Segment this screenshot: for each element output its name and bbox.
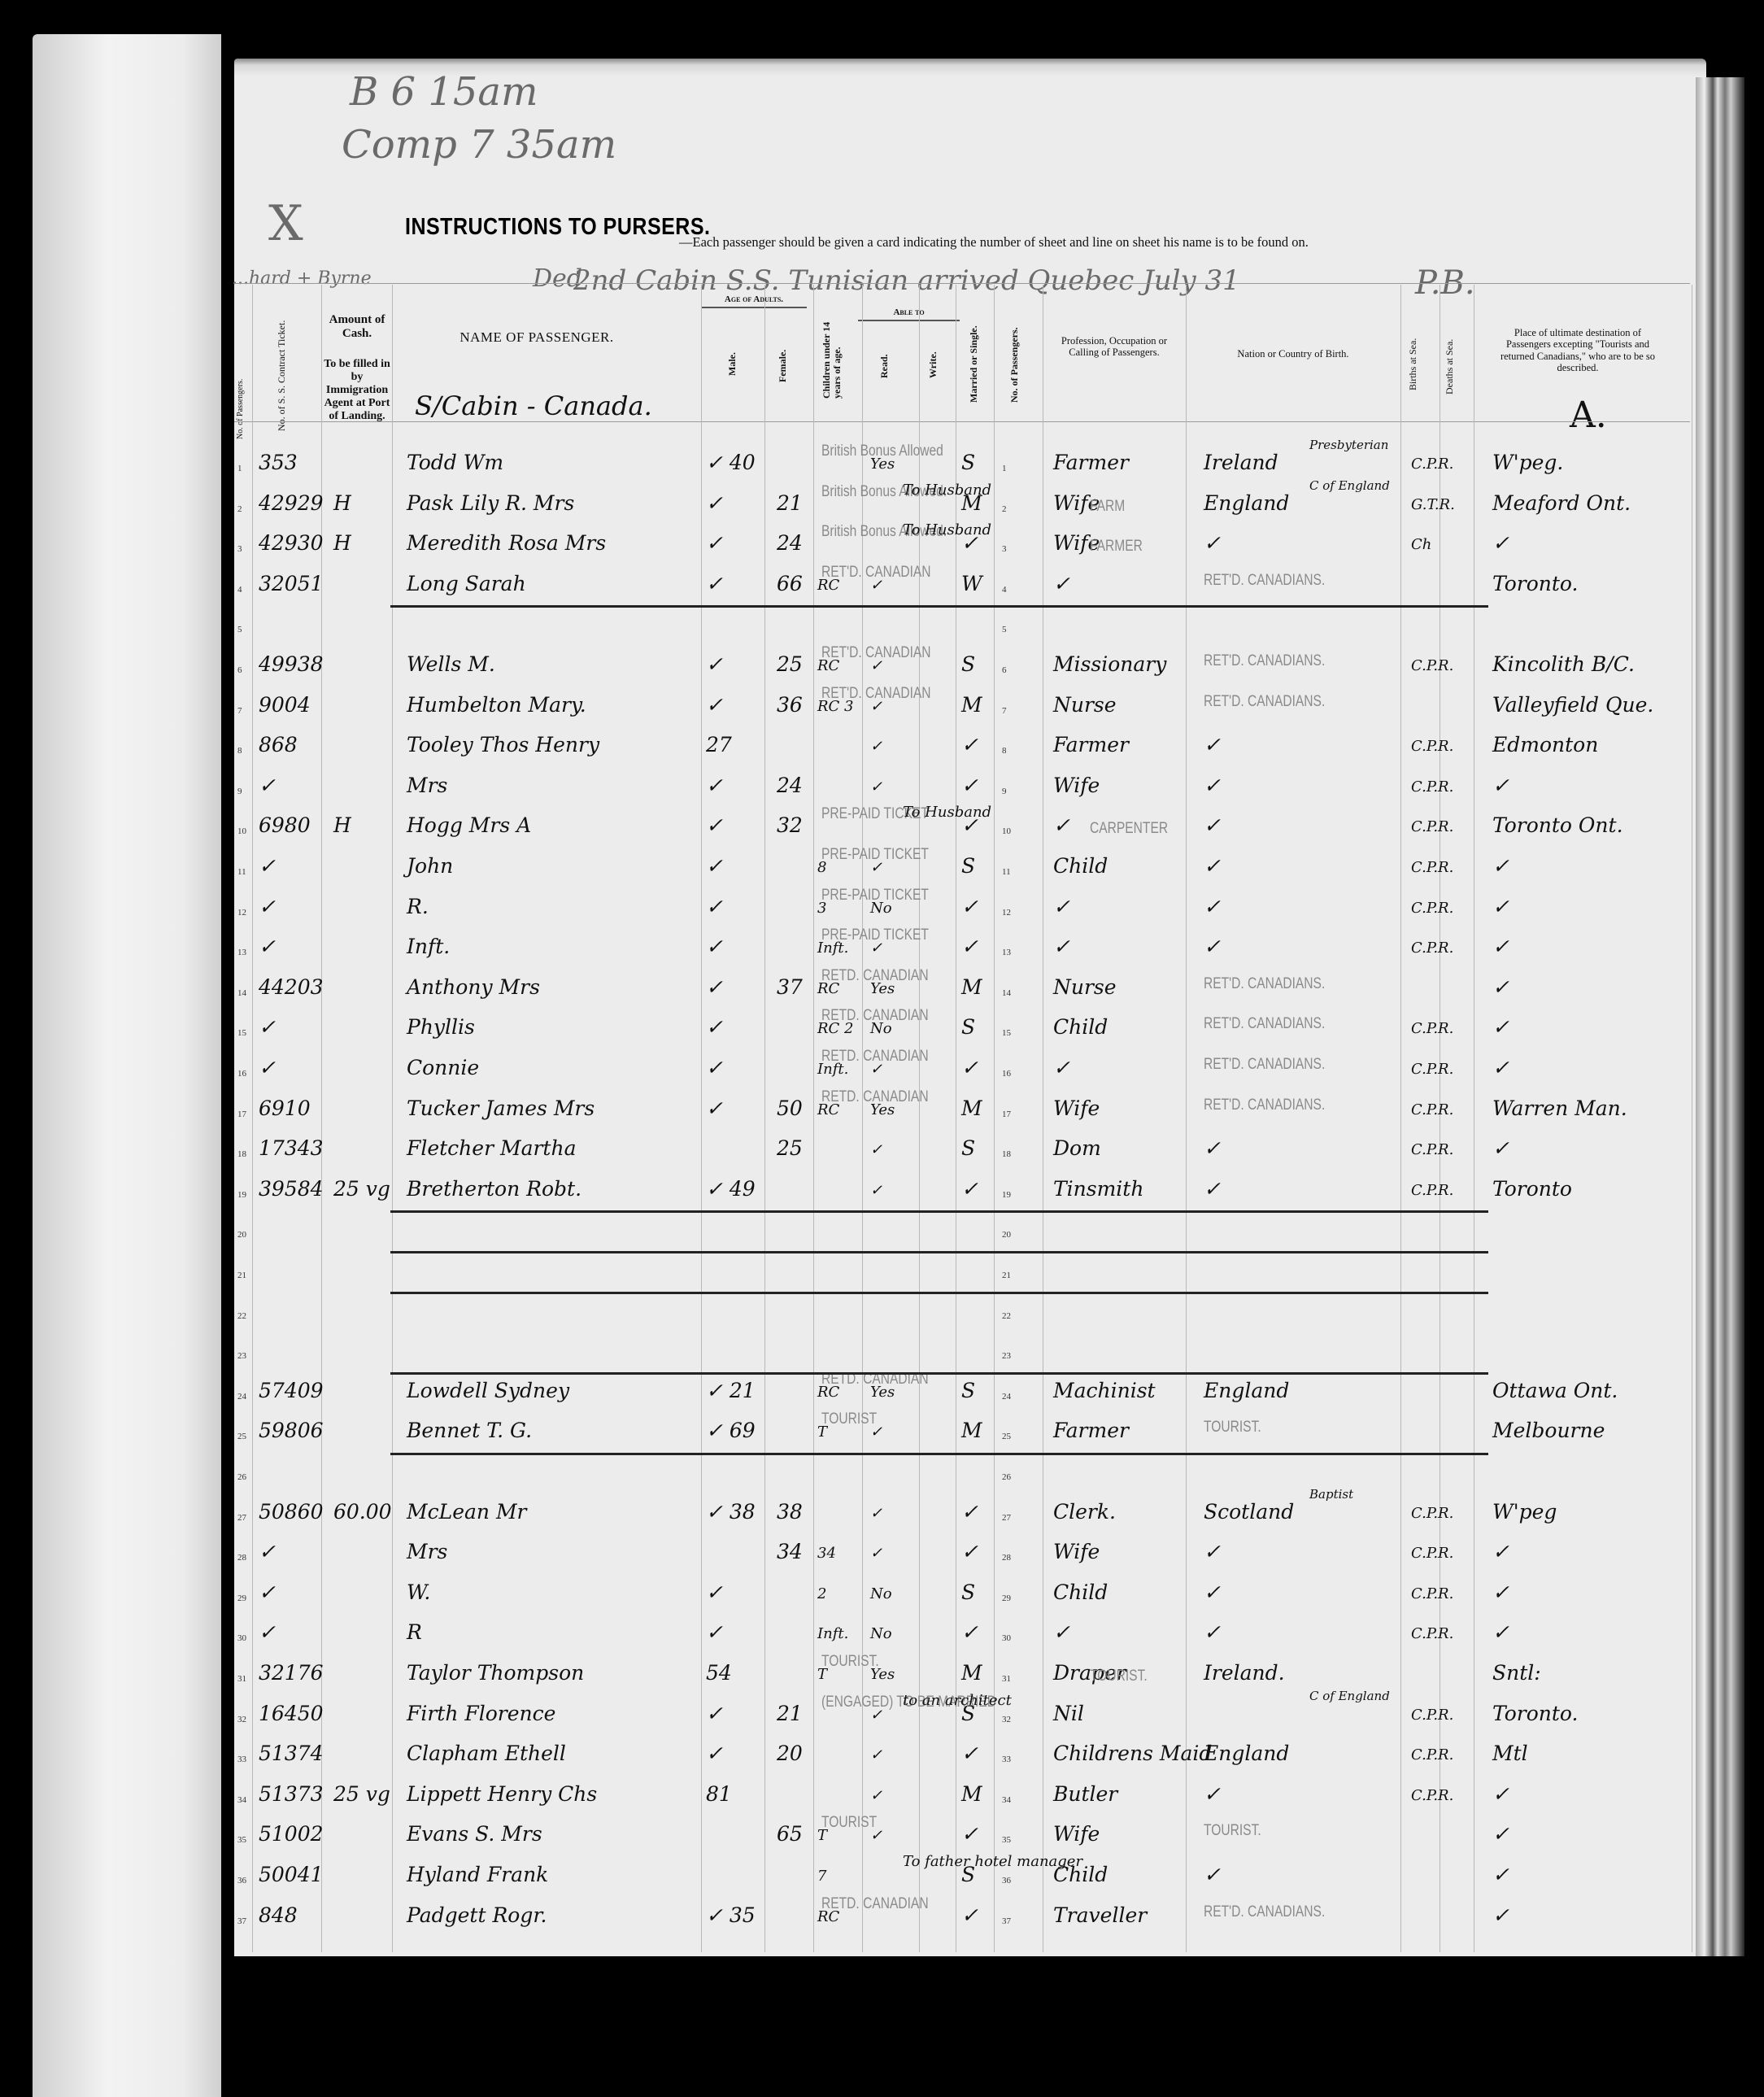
cell-read: ✓ bbox=[870, 1545, 882, 1562]
cell-married: ✓ bbox=[961, 1742, 978, 1765]
line-number: 22 bbox=[237, 1311, 246, 1321]
line-number: 32 bbox=[1002, 1715, 1011, 1724]
header-nation: Nation or Country of Birth. bbox=[1196, 348, 1391, 360]
stamp-overlay: PRE-PAID TICKET bbox=[821, 887, 929, 905]
cell-nation: RET'D. CANADIANS. bbox=[1204, 572, 1325, 590]
line-number: 16 bbox=[1002, 1069, 1011, 1079]
line-number: 32 bbox=[237, 1715, 246, 1724]
relationship-note: To Husband bbox=[903, 482, 991, 499]
cell-name: Clapham Ethell bbox=[407, 1742, 566, 1765]
cell-nation: England bbox=[1204, 1742, 1289, 1765]
cell-destination: Sntl: bbox=[1492, 1661, 1541, 1685]
line-number: 1 bbox=[1002, 464, 1007, 473]
cell-ticket: 42930 bbox=[259, 531, 324, 555]
cell-name: Pask Lily R. Mrs bbox=[407, 491, 574, 515]
voyage-note: 2nd Cabin S.S. Tunisian arrived Quebec J… bbox=[573, 264, 1240, 297]
cell-rail: C.P.R. bbox=[1411, 1020, 1453, 1037]
cell-married: M bbox=[961, 1096, 982, 1120]
cell-male: ✓ 35 bbox=[706, 1903, 756, 1927]
cell-destination: W'peg. bbox=[1492, 451, 1563, 474]
table-row: 10106980HHogg Mrs A✓32✓✓✓C.P.R.Toronto O… bbox=[0, 809, 1764, 848]
cell-rail: C.P.R. bbox=[1411, 900, 1453, 917]
line-number: 2 bbox=[1002, 504, 1007, 514]
table-row: 2929✓W.✓2NoSChild✓C.P.R.✓ bbox=[0, 1576, 1764, 1615]
table-row: 19193958425 vgBretherton Robt.✓ 49✓✓Tins… bbox=[0, 1172, 1764, 1212]
cell-nation: ✓ bbox=[1204, 895, 1221, 918]
table-row: 34345137325 vgLippett Henry Chs81✓MButle… bbox=[0, 1777, 1764, 1817]
cell-name: Hyland Frank bbox=[407, 1863, 548, 1886]
cell-ticket: 50041 bbox=[259, 1863, 324, 1886]
line-number: 28 bbox=[237, 1553, 246, 1563]
table-row: 88868Tooley Thos Henry27✓✓Farmer✓C.P.R.E… bbox=[0, 728, 1764, 768]
cell-nation: RET'D. CANADIANS. bbox=[1204, 1056, 1325, 1074]
line-number: 21 bbox=[1002, 1271, 1011, 1280]
cell-rail: C.P.R. bbox=[1411, 1625, 1453, 1642]
cell-children: Inft. bbox=[817, 1625, 848, 1642]
table-row: 1212✓R.✓3No✓✓✓C.P.R.✓PRE-PAID TICKET bbox=[0, 890, 1764, 930]
line-number: 16 bbox=[237, 1069, 246, 1079]
header-deaths: Deaths at Sea. bbox=[1444, 339, 1456, 395]
cell-destination: Toronto Ont. bbox=[1492, 813, 1623, 837]
cell-married: ✓ bbox=[961, 935, 978, 958]
table-row: 27275086060.00McLean Mr✓ 3838✓✓Clerk.Sco… bbox=[0, 1495, 1764, 1535]
cell-male: ✓ bbox=[706, 491, 723, 515]
cell-male: ✓ bbox=[706, 774, 723, 797]
cell-ticket: 16450 bbox=[259, 1702, 324, 1725]
table-row: 11353Todd Wm✓ 40YesSFarmerIrelandC.P.R.W… bbox=[0, 446, 1764, 486]
stamp-overlay-2: CARPENTER bbox=[1090, 820, 1168, 838]
table-row: 99✓Mrs✓24✓✓Wife✓C.P.R.✓ bbox=[0, 769, 1764, 809]
cell-ticket: ✓ bbox=[259, 935, 276, 958]
line-number: 27 bbox=[1002, 1513, 1011, 1523]
instructions-title: INSTRUCTIONS TO PURSERS. bbox=[405, 214, 710, 241]
cell-profession: Dom bbox=[1053, 1136, 1101, 1160]
line-number: 33 bbox=[237, 1755, 246, 1764]
cell-cash: H bbox=[333, 531, 351, 555]
cell-married: ✓ bbox=[961, 733, 978, 756]
line-number: 23 bbox=[237, 1351, 246, 1361]
cell-cash: H bbox=[333, 491, 351, 515]
cell-male: ✓ 21 bbox=[706, 1379, 756, 1402]
cell-nation: ✓ bbox=[1204, 1540, 1221, 1563]
stamp-overlay: PRE-PAID TICKET bbox=[821, 846, 929, 864]
cell-destination: ✓ bbox=[1492, 531, 1509, 555]
line-number: 36 bbox=[237, 1876, 246, 1886]
cell-name: Hogg Mrs A bbox=[407, 813, 531, 837]
cell-profession: ✓ bbox=[1053, 572, 1070, 595]
line-number: 10 bbox=[237, 826, 246, 836]
stamp-overlay: RETD. CANADIAN bbox=[821, 1048, 929, 1066]
line-number: 14 bbox=[1002, 988, 1011, 998]
line-number: 2 bbox=[237, 504, 242, 514]
cell-name: W. bbox=[407, 1580, 430, 1604]
line-number: 20 bbox=[237, 1230, 246, 1240]
cell-nation: England bbox=[1204, 491, 1289, 515]
cell-profession: Wife bbox=[1053, 1540, 1100, 1563]
line-number: 7 bbox=[237, 706, 242, 716]
cell-destination: Toronto. bbox=[1492, 1702, 1579, 1725]
line-number: 9 bbox=[237, 787, 242, 796]
stamp-overlay: RETD. CANADIAN bbox=[821, 1895, 929, 1913]
cell-destination: ✓ bbox=[1492, 1540, 1509, 1563]
cell-rail: C.P.R. bbox=[1411, 456, 1453, 473]
line-number: 3 bbox=[237, 544, 242, 554]
table-row-blank: 2020 bbox=[0, 1212, 1764, 1252]
cell-rail: C.P.R. bbox=[1411, 657, 1453, 674]
cell-destination: ✓ bbox=[1492, 895, 1509, 918]
cell-name: Lippett Henry Chs bbox=[407, 1782, 597, 1806]
cell-destination: Meaford Ont. bbox=[1492, 491, 1631, 515]
cell-read: ✓ bbox=[870, 778, 882, 796]
cell-name: Evans S. Mrs bbox=[407, 1822, 542, 1846]
line-number: 4 bbox=[1002, 585, 1007, 595]
table-row: 4432051Long Sarah✓66RC✓W✓RET'D. CANADIAN… bbox=[0, 567, 1764, 607]
table-row: 353551002Evans S. Mrs65T✓✓WifeTOURIST.✓T… bbox=[0, 1817, 1764, 1857]
cell-married: S bbox=[961, 854, 975, 878]
cell-profession: Child bbox=[1053, 854, 1108, 878]
cell-male: ✓ bbox=[706, 813, 723, 837]
cell-male: 81 bbox=[706, 1782, 732, 1806]
cell-ticket: 44203 bbox=[259, 975, 324, 999]
stamp-overlay-2: FARMER bbox=[1090, 538, 1143, 556]
cell-destination: ✓ bbox=[1492, 854, 1509, 878]
cell-name: Humbelton Mary. bbox=[407, 693, 586, 717]
cell-rail: C.P.R. bbox=[1411, 818, 1453, 835]
cell-nation: ✓ bbox=[1204, 854, 1221, 878]
table-row: 363650041Hyland Frank7SChild✓✓To father … bbox=[0, 1858, 1764, 1898]
religion-note: Baptist bbox=[1309, 1487, 1353, 1502]
cell-rail: C.P.R. bbox=[1411, 1746, 1453, 1763]
line-number: 17 bbox=[1002, 1110, 1011, 1119]
cell-female: 25 bbox=[777, 652, 803, 676]
cell-nation: ✓ bbox=[1204, 1580, 1221, 1604]
cell-female: 38 bbox=[777, 1500, 803, 1524]
cell-nation: ✓ bbox=[1204, 1136, 1221, 1160]
header-female: Female. bbox=[777, 350, 789, 382]
line-number: 28 bbox=[1002, 1553, 1011, 1563]
cell-read: ✓ bbox=[870, 1141, 882, 1158]
cell-ticket: ✓ bbox=[259, 1015, 276, 1039]
cell-profession: Tinsmith bbox=[1053, 1177, 1143, 1201]
cell-nation: TOURIST. bbox=[1204, 1419, 1261, 1437]
cell-profession: ✓ bbox=[1053, 1620, 1070, 1644]
cell-destination: ✓ bbox=[1492, 1136, 1509, 1160]
cell-destination: Warren Man. bbox=[1492, 1096, 1627, 1120]
line-number: 29 bbox=[1002, 1593, 1011, 1603]
cell-rail: C.P.R. bbox=[1411, 940, 1453, 957]
cell-destination: ✓ bbox=[1492, 1782, 1509, 1806]
instructions-text: —Each passenger should be given a card i… bbox=[679, 234, 1309, 251]
line-number: 24 bbox=[1002, 1392, 1011, 1402]
line-number: 7 bbox=[1002, 706, 1007, 716]
cell-rail: C.P.R. bbox=[1411, 1061, 1453, 1078]
cell-nation: ✓ bbox=[1204, 1863, 1221, 1886]
cell-children: 2 bbox=[817, 1585, 826, 1602]
religion-note: C of England bbox=[1309, 478, 1390, 493]
cell-destination: Toronto bbox=[1492, 1177, 1572, 1201]
line-number: 15 bbox=[237, 1028, 246, 1038]
line-number: 6 bbox=[1002, 665, 1007, 675]
cell-rail: C.P.R. bbox=[1411, 778, 1453, 796]
cell-destination: Kincolith B/C. bbox=[1492, 652, 1635, 676]
cell-destination: Mtl bbox=[1492, 1742, 1528, 1765]
header-no-passengers: No. of Passengers. bbox=[236, 379, 245, 439]
cell-profession: Childrens Maid bbox=[1053, 1742, 1212, 1765]
cell-married: ✓ bbox=[961, 1822, 978, 1846]
cell-rail: C.P.R. bbox=[1411, 1707, 1453, 1724]
cell-nation: Scotland bbox=[1204, 1500, 1294, 1524]
cell-read: No bbox=[870, 1585, 892, 1602]
cell-nation: RET'D. CANADIANS. bbox=[1204, 1903, 1325, 1921]
line-number: 25 bbox=[237, 1432, 246, 1441]
religion-note: Presbyterian bbox=[1309, 438, 1388, 452]
line-number: 37 bbox=[1002, 1916, 1011, 1926]
header-write: Write. bbox=[927, 351, 939, 378]
header-married: Married or Single. bbox=[968, 325, 980, 403]
cell-female: 50 bbox=[777, 1096, 803, 1120]
line-number: 20 bbox=[1002, 1230, 1011, 1240]
line-number: 12 bbox=[237, 908, 246, 918]
stamp-overlay: RET'D. CANADIAN bbox=[821, 685, 931, 703]
cell-female: 24 bbox=[777, 531, 803, 555]
line-number: 15 bbox=[1002, 1028, 1011, 1038]
cell-destination: Ottawa Ont. bbox=[1492, 1379, 1618, 1402]
cell-female: 24 bbox=[777, 774, 803, 797]
cell-male: ✓ bbox=[706, 1742, 723, 1765]
cell-name: Anthony Mrs bbox=[407, 975, 540, 999]
cell-married: M bbox=[961, 1661, 982, 1685]
cell-married: S bbox=[961, 451, 975, 474]
line-number: 31 bbox=[1002, 1674, 1011, 1684]
cell-ticket: ✓ bbox=[259, 895, 276, 918]
line-number: 6 bbox=[237, 665, 242, 675]
cell-name: Meredith Rosa Mrs bbox=[407, 531, 606, 555]
table-row: 242457409Lowdell Sydney✓ 21RCYesSMachini… bbox=[0, 1374, 1764, 1414]
scan-border-bottom bbox=[234, 1956, 1764, 2097]
line-number: 17 bbox=[237, 1110, 246, 1119]
cell-married: ✓ bbox=[961, 1056, 978, 1079]
cell-read: ✓ bbox=[870, 1505, 882, 1522]
cell-rail: C.P.R. bbox=[1411, 1585, 1453, 1602]
cell-nation: ✓ bbox=[1204, 774, 1221, 797]
cell-profession: Traveller bbox=[1053, 1903, 1147, 1927]
cell-female: 20 bbox=[777, 1742, 803, 1765]
cell-male: ✓ bbox=[706, 1702, 723, 1725]
cell-destination: Toronto. bbox=[1492, 572, 1579, 595]
cell-male: ✓ 40 bbox=[706, 451, 756, 474]
cell-married: ✓ bbox=[961, 1500, 978, 1524]
line-number: 29 bbox=[237, 1593, 246, 1603]
cell-male: ✓ 69 bbox=[706, 1419, 756, 1442]
cell-female: 65 bbox=[777, 1822, 803, 1846]
cell-male: ✓ bbox=[706, 1096, 723, 1120]
line-number: 26 bbox=[237, 1472, 246, 1482]
cell-ticket: ✓ bbox=[259, 1580, 276, 1604]
table-row: 181817343Fletcher Martha25✓SDom✓C.P.R.✓ bbox=[0, 1131, 1764, 1171]
cell-ticket: 51373 bbox=[259, 1782, 324, 1806]
cell-read: No bbox=[870, 1625, 892, 1642]
cell-rail: C.P.R. bbox=[1411, 1101, 1453, 1118]
cell-profession: Nil bbox=[1053, 1702, 1084, 1725]
cell-male: ✓ 38 bbox=[706, 1500, 756, 1524]
cell-male: ✓ bbox=[706, 1056, 723, 1079]
header-destination: Place of ultimate destination of Passeng… bbox=[1496, 327, 1659, 374]
line-number: 14 bbox=[237, 988, 246, 998]
cell-profession: Nurse bbox=[1053, 693, 1117, 717]
cell-name: Bennet T. G. bbox=[407, 1419, 532, 1442]
cell-married: ✓ bbox=[961, 895, 978, 918]
cell-name: Taylor Thompson bbox=[407, 1661, 584, 1685]
cell-read: ✓ bbox=[870, 738, 882, 755]
cell-rail: C.P.R. bbox=[1411, 1787, 1453, 1804]
cell-female: 36 bbox=[777, 693, 803, 717]
cell-rail: C.P.R. bbox=[1411, 1545, 1453, 1562]
cell-nation: ✓ bbox=[1204, 1782, 1221, 1806]
cell-nation: RET'D. CANADIANS. bbox=[1204, 975, 1325, 993]
cell-nation: RET'D. CANADIANS. bbox=[1204, 1015, 1325, 1033]
cell-ticket: ✓ bbox=[259, 854, 276, 878]
cell-female: 25 bbox=[777, 1136, 803, 1160]
cell-name: Todd Wm bbox=[407, 451, 503, 474]
header-profession: Profession, Occupation or Calling of Pas… bbox=[1049, 335, 1179, 359]
cell-profession: Clerk. bbox=[1053, 1500, 1116, 1524]
cell-nation: TOURIST. bbox=[1204, 1822, 1261, 1840]
cell-male: ✓ bbox=[706, 652, 723, 676]
cell-name: Padgett Rogr. bbox=[407, 1903, 547, 1927]
table-row: 779004Humbelton Mary.✓36RC 3✓MNurseRET'D… bbox=[0, 688, 1764, 728]
cell-ticket: 57409 bbox=[259, 1379, 324, 1402]
cell-ticket: 9004 bbox=[259, 693, 311, 717]
cell-married: ✓ bbox=[961, 1177, 978, 1201]
line-number: 5 bbox=[1002, 625, 1007, 634]
line-number: 9 bbox=[1002, 787, 1007, 796]
cell-cash: H bbox=[333, 813, 351, 837]
cell-name: Inft. bbox=[407, 935, 450, 958]
line-number: 1 bbox=[237, 464, 242, 473]
line-number: 5 bbox=[237, 625, 242, 634]
cell-nation: ✓ bbox=[1204, 1620, 1221, 1644]
table-row-blank: 2222 bbox=[0, 1293, 1764, 1333]
cell-male: ✓ bbox=[706, 1015, 723, 1039]
cell-male: ✓ bbox=[706, 854, 723, 878]
line-number: 8 bbox=[237, 746, 242, 756]
line-number: 30 bbox=[237, 1633, 246, 1643]
table-row: 333351374Clapham Ethell✓20✓✓Childrens Ma… bbox=[0, 1737, 1764, 1777]
stamp-overlay: PRE-PAID TICKET bbox=[821, 926, 929, 944]
section-label: S/Cabin - Canada. bbox=[415, 390, 652, 421]
table-row-blank: 55 bbox=[0, 607, 1764, 647]
cell-ticket: 848 bbox=[259, 1903, 298, 1927]
table-row: 1515✓Phyllis✓RC 2NoSChildRET'D. CANADIAN… bbox=[0, 1010, 1764, 1050]
stamp-overlay-2: TOURIST. bbox=[1090, 1668, 1148, 1685]
cell-profession: Child bbox=[1053, 1580, 1108, 1604]
relationship-note: To Husband bbox=[903, 804, 991, 821]
cell-profession: Machinist bbox=[1053, 1379, 1156, 1402]
table-row: 313132176Taylor Thompson54TYesMDraperIre… bbox=[0, 1656, 1764, 1696]
cell-destination: Edmonton bbox=[1492, 733, 1598, 756]
cell-ticket: 868 bbox=[259, 733, 298, 756]
table-row: 141444203Anthony Mrs✓37RCYesMNurseRET'D.… bbox=[0, 970, 1764, 1010]
cell-ticket: 51002 bbox=[259, 1822, 324, 1846]
line-number: 13 bbox=[1002, 948, 1011, 957]
section-separator bbox=[390, 1372, 1488, 1375]
header-male: Male. bbox=[726, 352, 738, 376]
line-number: 24 bbox=[237, 1392, 246, 1402]
cell-ticket: 32051 bbox=[259, 572, 324, 595]
line-number: 12 bbox=[1002, 908, 1011, 918]
line-number: 36 bbox=[1002, 1876, 1011, 1886]
cell-ticket: 59806 bbox=[259, 1419, 324, 1442]
line-number: 34 bbox=[1002, 1795, 1011, 1805]
cell-profession: Butler bbox=[1053, 1782, 1117, 1806]
cell-ticket: 39584 bbox=[259, 1177, 324, 1201]
cell-rail: C.P.R. bbox=[1411, 1505, 1453, 1522]
line-number: 4 bbox=[237, 585, 242, 595]
line-number: 35 bbox=[1002, 1835, 1011, 1845]
stamp-overlay: British Bonus Allowed bbox=[821, 443, 943, 460]
table-row: 3342930HMeredith Rosa Mrs✓24✓Wife✓Ch✓Bri… bbox=[0, 526, 1764, 566]
cell-ticket: 42929 bbox=[259, 491, 324, 515]
cell-destination: ✓ bbox=[1492, 774, 1509, 797]
stamp-overlay: RET'D. CANADIAN bbox=[821, 644, 931, 662]
cell-female: 66 bbox=[777, 572, 803, 595]
line-number: 18 bbox=[1002, 1149, 1011, 1159]
relationship-note: To father hotel manager bbox=[903, 1853, 1082, 1870]
table-row: 1616✓Connie✓Inft.✓✓✓RET'D. CANADIANS.C.P… bbox=[0, 1051, 1764, 1091]
line-number: 33 bbox=[1002, 1755, 1011, 1764]
cell-married: ✓ bbox=[961, 774, 978, 797]
cell-male: ✓ bbox=[706, 572, 723, 595]
header-births: Births at Sea. bbox=[1407, 338, 1419, 390]
cell-ticket: 353 bbox=[259, 451, 298, 474]
cell-destination: W'peg bbox=[1492, 1500, 1557, 1524]
cell-destination: ✓ bbox=[1492, 1863, 1509, 1886]
cell-profession: Farmer bbox=[1053, 1419, 1129, 1442]
cell-nation: ✓ bbox=[1204, 733, 1221, 756]
cell-male: ✓ bbox=[706, 935, 723, 958]
section-separator bbox=[390, 1251, 1488, 1253]
table-row: 252559806Bennet T. G.✓ 69T✓MFarmerTOURIS… bbox=[0, 1414, 1764, 1454]
line-number: 3 bbox=[1002, 544, 1007, 554]
cell-destination: ✓ bbox=[1492, 1620, 1509, 1644]
cell-rail: C.P.R. bbox=[1411, 738, 1453, 755]
cell-profession: Wife bbox=[1053, 774, 1100, 797]
cell-married: M bbox=[961, 693, 982, 717]
cell-nation: ✓ bbox=[1204, 531, 1221, 555]
cell-destination: ✓ bbox=[1492, 1015, 1509, 1039]
header-ticket: No. of S. S. Contract Ticket. bbox=[277, 301, 287, 431]
cell-male: ✓ bbox=[706, 531, 723, 555]
cell-married: M bbox=[961, 1419, 982, 1442]
cell-married: M bbox=[961, 975, 982, 999]
cell-rail: C.P.R. bbox=[1411, 859, 1453, 876]
cross-mark: X bbox=[268, 195, 303, 252]
cell-male: ✓ bbox=[706, 975, 723, 999]
cell-married: S bbox=[961, 1580, 975, 1604]
stamp-overlay: RETD. CANADIAN bbox=[821, 967, 929, 985]
annotation-line1: B 6 15am bbox=[350, 69, 538, 115]
line-number: 31 bbox=[237, 1674, 246, 1684]
cell-profession: Farmer bbox=[1053, 733, 1129, 756]
cell-ticket: ✓ bbox=[259, 1056, 276, 1079]
cell-destination: ✓ bbox=[1492, 1580, 1509, 1604]
line-number: 23 bbox=[1002, 1351, 1011, 1361]
table-row: 6649938Wells M.✓25RC✓SMissionaryRET'D. C… bbox=[0, 647, 1764, 687]
line-number: 19 bbox=[1002, 1190, 1011, 1200]
cell-children: 7 bbox=[817, 1868, 826, 1885]
cell-name: Fletcher Martha bbox=[407, 1136, 576, 1160]
cell-male: ✓ bbox=[706, 1580, 723, 1604]
